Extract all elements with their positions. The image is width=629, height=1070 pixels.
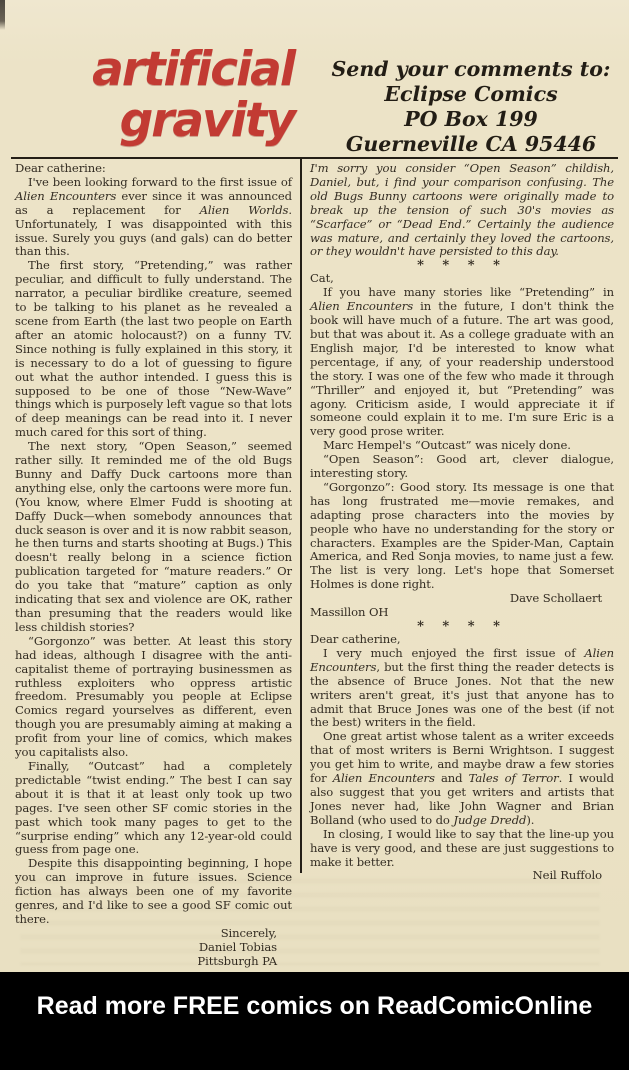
letter-paragraph: “Gorgonzo”: Good story. Its message is o… xyxy=(310,481,614,592)
letter-paragraph: Marc Hempel's “Outcast” was nicely done. xyxy=(310,439,614,453)
signoff-line: Daniel Tobias xyxy=(15,941,277,955)
letter-paragraph: I very much enjoyed the first issue of A… xyxy=(310,647,614,730)
letter-paragraph: “Gorgonzo” was better. At least this sto… xyxy=(15,635,292,760)
letter-separator: * * * * xyxy=(310,259,614,272)
letter-paragraph: One great artist whose talent as a write… xyxy=(310,730,614,827)
letter-paragraph: The first story, “Pretending,” was rathe… xyxy=(15,259,292,440)
mail-address-line: PO Box 199 xyxy=(320,107,622,132)
mail-address-block: Send your comments to: Eclipse Comics PO… xyxy=(320,57,622,157)
letter-signature: Neil Ruffolo xyxy=(310,869,614,883)
title-line-artificial: artificial xyxy=(20,44,294,95)
scan-artifact xyxy=(0,0,5,30)
comic-letters-page: artificial gravity Send your comments to… xyxy=(0,0,629,1070)
letter-salutation: Dear catherine: xyxy=(15,162,292,176)
letter-salutation: Dear catherine, xyxy=(310,633,614,647)
footer-banner[interactable]: Read more FREE comics on ReadComicOnline xyxy=(0,972,629,1070)
letter-paragraph: If you have many stories like “Pretendin… xyxy=(310,286,614,439)
letter-signoff: Sincerely,Daniel TobiasPittsburgh PA xyxy=(15,927,292,969)
letter-salutation: Cat, xyxy=(310,272,614,286)
letter-paragraph: Despite this disappointing beginning, I … xyxy=(15,857,292,927)
mail-address-line: Guerneville CA 95446 xyxy=(320,132,622,157)
page-title: artificial gravity xyxy=(20,44,294,146)
mail-address-line: Eclipse Comics xyxy=(320,82,622,107)
left-column: Dear catherine:I've been looking forward… xyxy=(11,160,297,969)
letter-paragraph: I've been looking forward to the first i… xyxy=(15,176,292,259)
letter-paragraph: Finally, “Outcast” had a completely pred… xyxy=(15,760,292,857)
letter-paragraph: “Open Season”: Good art, clever dialogue… xyxy=(310,453,614,481)
horizontal-rule xyxy=(11,157,618,159)
letter-paragraph: In closing, I would like to say that the… xyxy=(310,828,614,870)
right-column: I'm sorry you consider “Open Season” chi… xyxy=(297,160,618,969)
title-line-gravity: gravity xyxy=(20,95,294,146)
letter-signature: Massillon OH xyxy=(310,606,614,620)
letters-columns: Dear catherine:I've been looking forward… xyxy=(11,160,618,969)
letter-signature: Dave Schollaert xyxy=(310,592,614,606)
editor-reply: I'm sorry you consider “Open Season” chi… xyxy=(310,162,614,259)
signoff-line: Pittsburgh PA xyxy=(15,955,277,969)
mail-address-line: Send your comments to: xyxy=(320,57,622,82)
letter-paragraph: The next story, “Open Season,” seemed ra… xyxy=(15,440,292,635)
footer-text: Read more FREE comics on ReadComicOnline xyxy=(0,992,629,1021)
signoff-line: Sincerely, xyxy=(15,927,277,941)
